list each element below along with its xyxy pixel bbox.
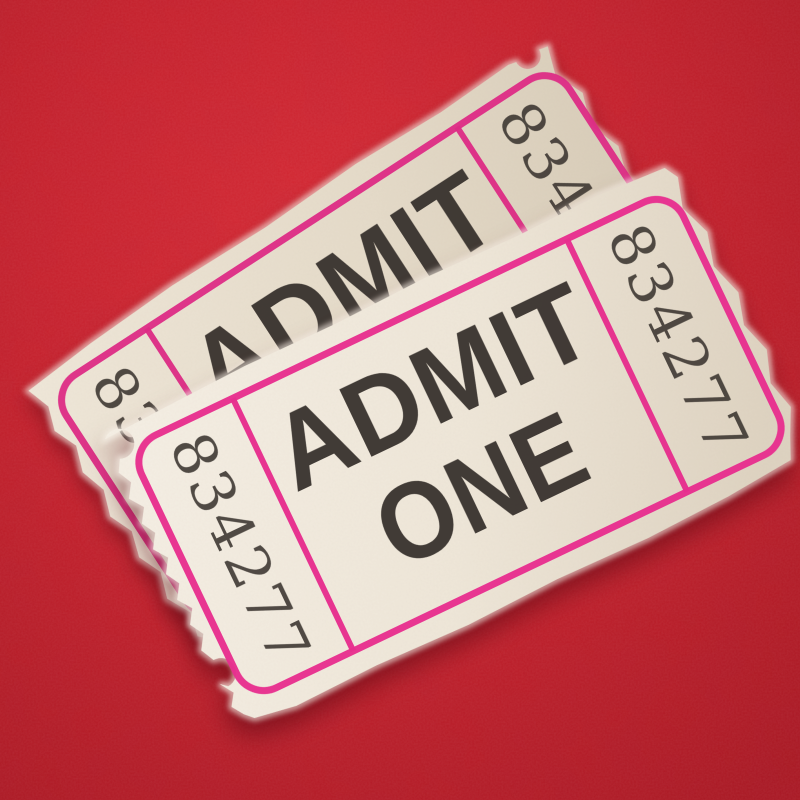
photo-two-admit-one-tickets: ADMIT ONE 834277 834277 ADMIT ONE 834277… xyxy=(0,0,800,800)
